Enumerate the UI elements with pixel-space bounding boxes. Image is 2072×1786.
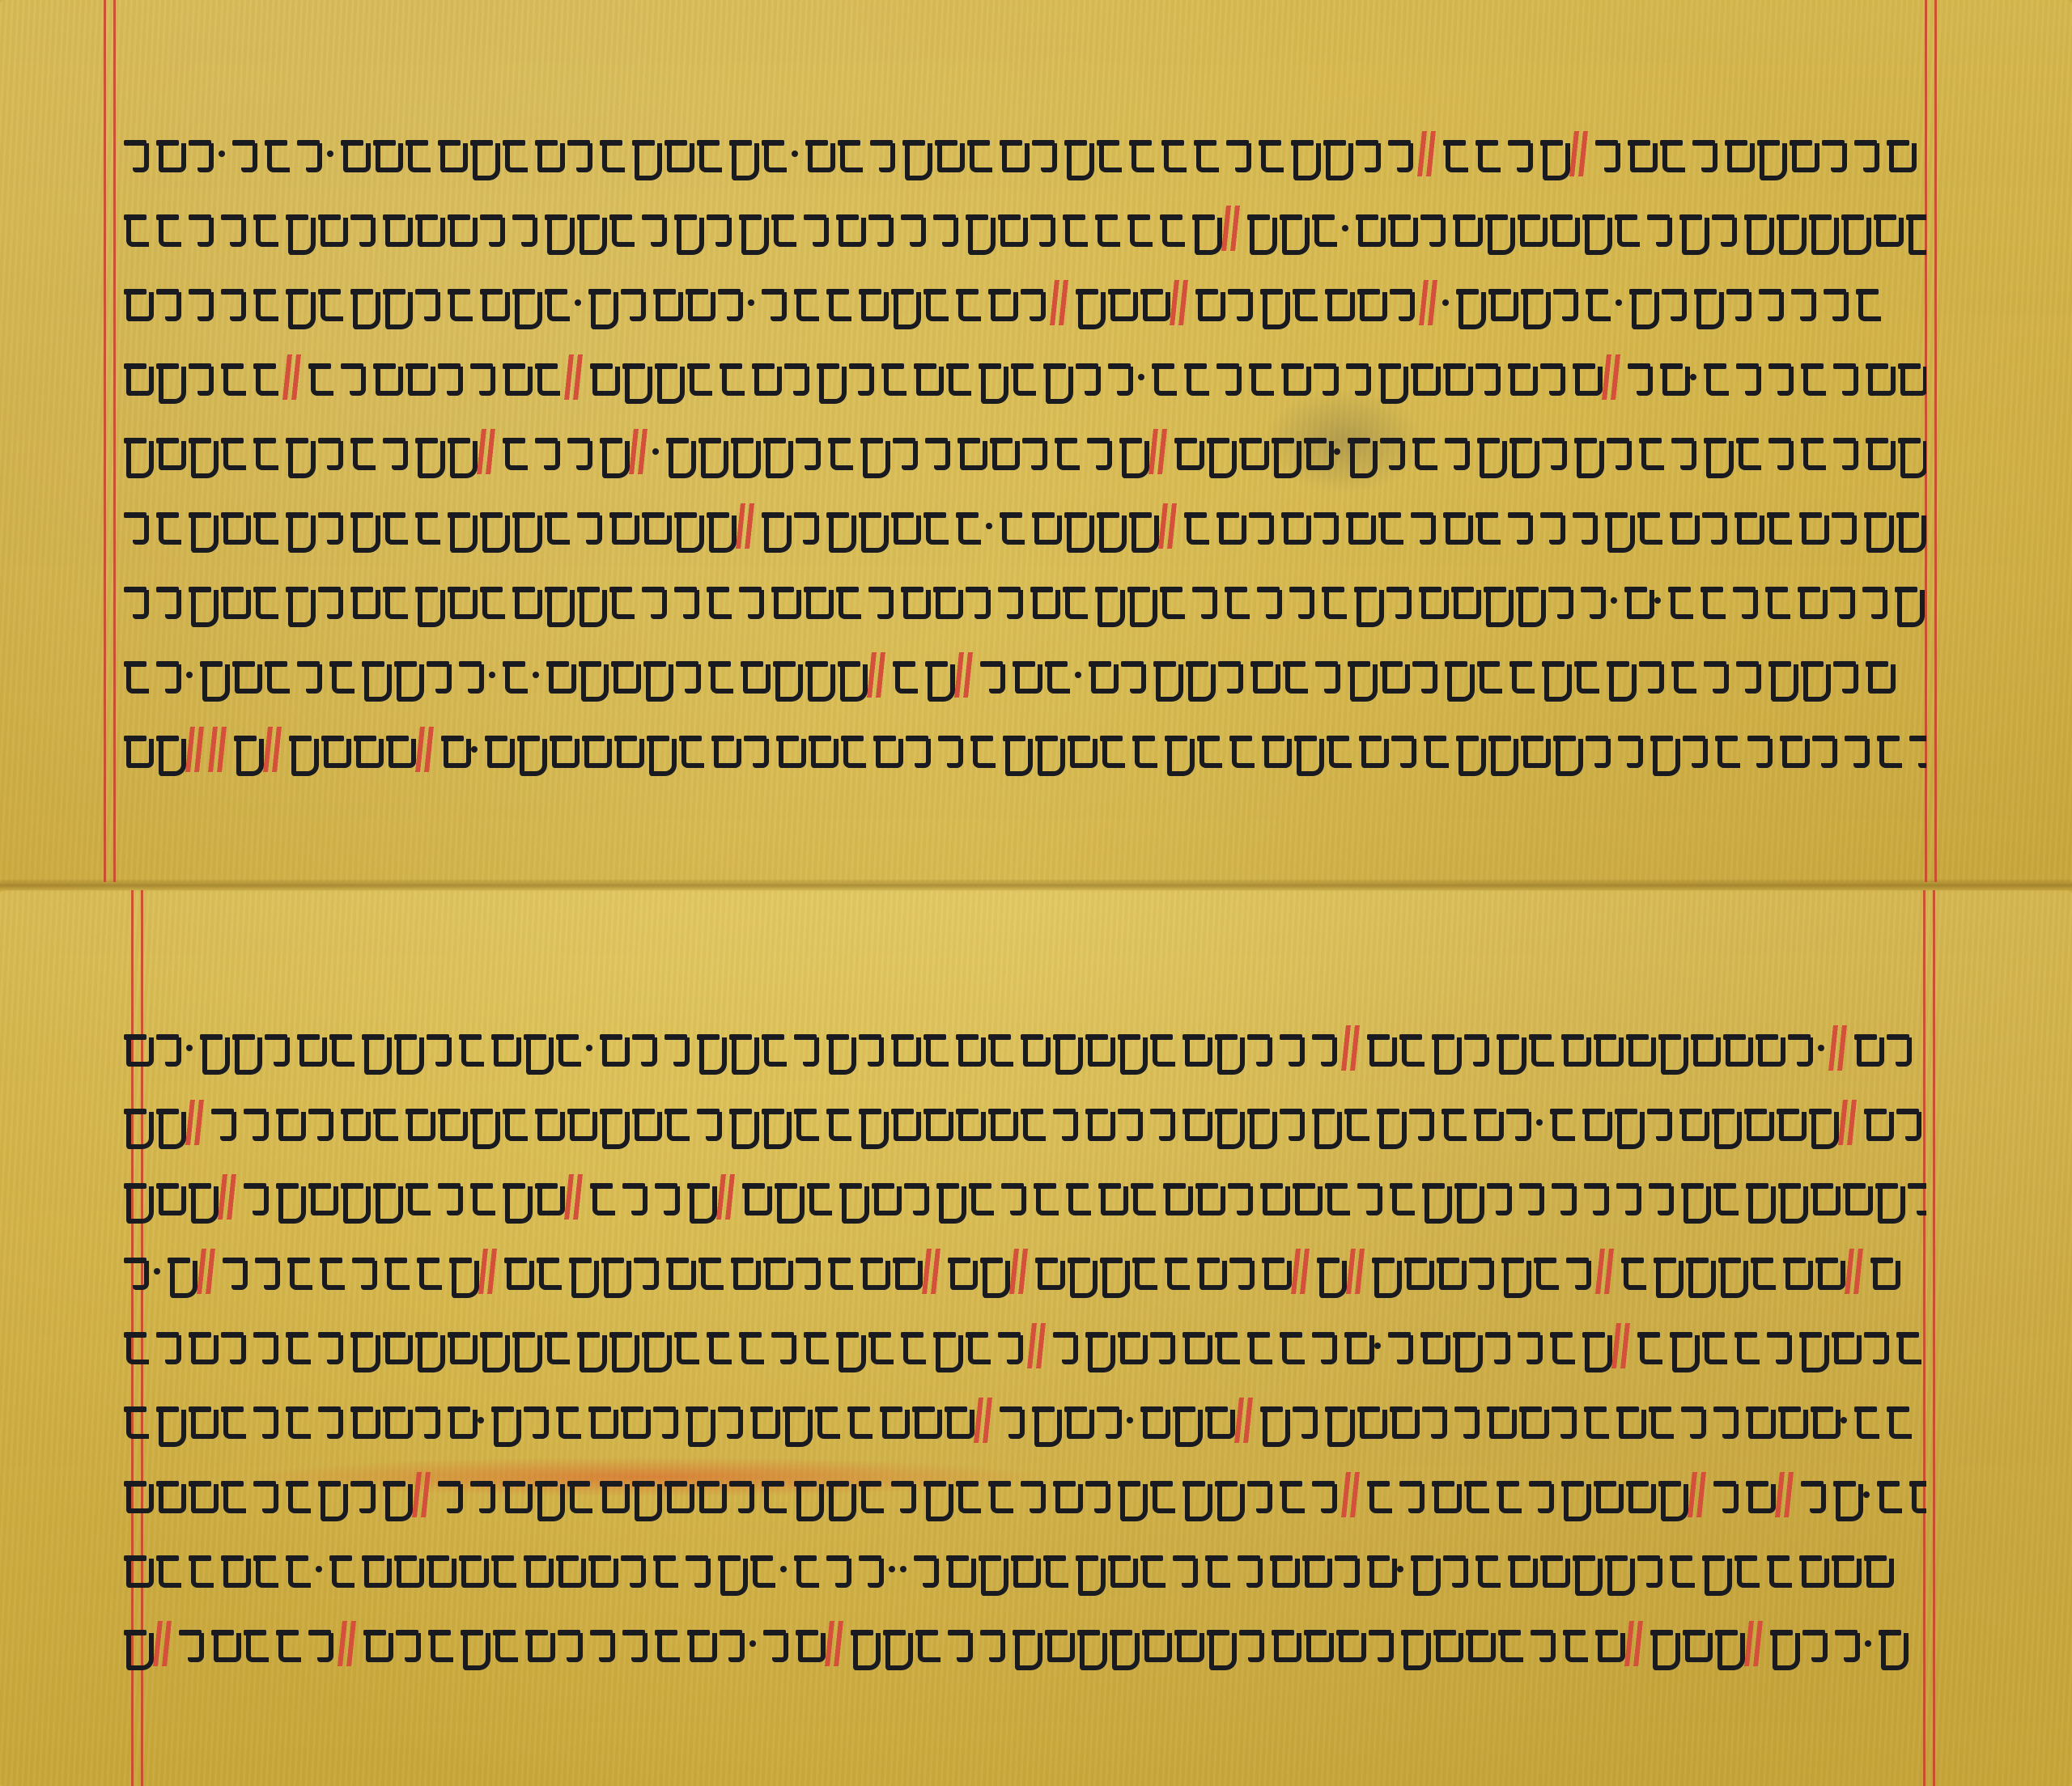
- script-glyph: [597, 1029, 625, 1067]
- script-glyph: [996, 582, 1023, 619]
- script-glyph: [1064, 1178, 1091, 1215]
- script-glyph: [792, 1551, 819, 1588]
- script-glyph: [1310, 1104, 1337, 1141]
- script-glyph: [672, 1327, 699, 1364]
- script-glyph: [1402, 1253, 1429, 1290]
- script-glyph: [1658, 358, 1685, 396]
- script-glyph: [445, 507, 473, 545]
- script-glyph: [1507, 656, 1535, 694]
- script-glyph: [1810, 731, 1837, 768]
- script-glyph: [889, 1104, 916, 1141]
- script-glyph: [607, 582, 635, 619]
- script-glyph: [555, 1625, 583, 1662]
- script-glyph: [696, 1253, 724, 1290]
- script-glyph: [1528, 1625, 1556, 1662]
- script-glyph: [1481, 582, 1509, 619]
- script-glyph: [1256, 135, 1284, 172]
- script-glyph: [824, 1029, 851, 1067]
- script-glyph: [348, 1402, 376, 1439]
- script-glyph: [338, 135, 366, 172]
- script-glyph: [1399, 1625, 1426, 1662]
- script-glyph: [413, 284, 440, 321]
- text-block-top: [121, 121, 1926, 791]
- script-glyph: [1698, 582, 1726, 619]
- script-glyph: [1593, 135, 1620, 172]
- script-glyph: [121, 284, 149, 321]
- script-glyph: [1593, 1625, 1620, 1662]
- script-glyph: [1227, 1253, 1255, 1290]
- script-glyph: [1454, 731, 1481, 768]
- script-glyph: [251, 582, 278, 619]
- dot-mark: [1611, 597, 1617, 604]
- script-glyph: [1839, 210, 1866, 247]
- script-glyph: [121, 1551, 149, 1588]
- script-glyph: [262, 656, 290, 694]
- script-glyph: [542, 507, 570, 545]
- script-glyph: [694, 1476, 722, 1513]
- script-glyph: [489, 1551, 516, 1588]
- script-glyph: [953, 507, 981, 545]
- script-glyph: [241, 1104, 269, 1141]
- script-glyph: [1062, 135, 1089, 172]
- script-glyph: [1763, 582, 1790, 619]
- script-glyph: [154, 656, 181, 694]
- script-glyph: [1776, 1178, 1803, 1215]
- script-glyph: [890, 1253, 918, 1290]
- script-glyph: [435, 1178, 463, 1215]
- script-glyph: [923, 656, 950, 694]
- double-danda-mark: [206, 727, 229, 772]
- script-glyph: [554, 1551, 581, 1588]
- script-glyph: [121, 582, 149, 619]
- script-glyph: [283, 1402, 311, 1439]
- script-glyph: [1734, 433, 1761, 470]
- script-glyph: [1862, 1104, 1889, 1141]
- dot-mark: [749, 1640, 756, 1647]
- script-glyph: [1637, 433, 1664, 470]
- script-glyph: [1148, 1029, 1175, 1067]
- script-glyph: [274, 1178, 301, 1215]
- script-glyph: [1214, 358, 1242, 396]
- script-glyph: [424, 1551, 452, 1588]
- script-glyph: [890, 433, 918, 470]
- script-glyph: [575, 582, 602, 619]
- script-glyph: [197, 656, 225, 694]
- script-glyph: [1853, 284, 1881, 321]
- manuscript-line: [121, 1239, 1926, 1304]
- script-glyph: [1434, 1253, 1462, 1290]
- script-glyph: [1787, 135, 1815, 172]
- script-glyph: [1389, 731, 1416, 768]
- script-glyph: [1161, 1178, 1188, 1215]
- script-glyph: [1875, 731, 1902, 768]
- script-glyph: [1345, 656, 1373, 694]
- script-glyph: [1776, 1402, 1803, 1439]
- double-danda-mark: [1008, 1249, 1030, 1294]
- script-glyph: [759, 284, 787, 321]
- script-glyph: [1462, 1029, 1489, 1067]
- script-glyph: [672, 210, 699, 247]
- script-glyph: [651, 284, 678, 321]
- script-glyph: [662, 1104, 690, 1141]
- script-glyph: [1625, 135, 1653, 172]
- script-glyph: [772, 1178, 800, 1215]
- script-glyph: [403, 1178, 431, 1215]
- script-glyph: [186, 358, 214, 396]
- script-glyph: [1031, 1178, 1059, 1215]
- script-glyph: [274, 1104, 301, 1141]
- script-glyph: [715, 1551, 743, 1588]
- script-glyph: [717, 358, 745, 396]
- double-danda-mark: [477, 1249, 499, 1294]
- script-glyph: [759, 507, 787, 545]
- dot-mark: [986, 523, 992, 529]
- script-glyph: [1279, 507, 1306, 545]
- script-glyph: [1073, 1551, 1101, 1588]
- script-glyph: [380, 507, 408, 545]
- script-glyph: [154, 582, 181, 619]
- script-glyph: [1580, 1104, 1607, 1141]
- script-glyph: [1473, 358, 1501, 396]
- script-glyph: [1083, 1327, 1110, 1364]
- script-glyph: [986, 1476, 1013, 1513]
- script-glyph: [900, 135, 928, 172]
- script-glyph: [1645, 210, 1672, 247]
- script-glyph: [963, 582, 991, 619]
- script-glyph: [521, 1551, 549, 1588]
- script-glyph: [1387, 284, 1415, 321]
- script-glyph: [1876, 1625, 1904, 1662]
- script-glyph: [1832, 1625, 1860, 1662]
- script-glyph: [1603, 507, 1630, 545]
- double-danda-mark: [1623, 1621, 1645, 1666]
- script-glyph: [1504, 1104, 1531, 1141]
- double-danda-mark: [1289, 1249, 1312, 1294]
- script-glyph: [1310, 1476, 1337, 1513]
- script-glyph: [154, 358, 181, 396]
- script-glyph: [283, 284, 311, 321]
- script-glyph: [316, 1327, 343, 1364]
- script-glyph: [599, 1253, 626, 1290]
- double-danda-mark: [1600, 354, 1623, 400]
- script-glyph: [869, 1178, 897, 1215]
- script-glyph: [1127, 135, 1154, 172]
- script-glyph: [759, 1104, 787, 1141]
- script-glyph: [230, 656, 257, 694]
- script-glyph: [348, 507, 376, 545]
- script-glyph: [445, 433, 473, 470]
- manuscript-line: [121, 1611, 1926, 1676]
- script-glyph: [414, 1253, 442, 1290]
- script-glyph: [644, 731, 672, 768]
- script-glyph: [1030, 1402, 1057, 1439]
- script-glyph: [1514, 582, 1541, 619]
- dot-mark: [1342, 225, 1348, 231]
- script-glyph: [1269, 433, 1297, 470]
- script-glyph: [1224, 135, 1251, 172]
- script-glyph: [1376, 358, 1403, 396]
- script-glyph: [176, 1625, 204, 1662]
- script-glyph: [890, 656, 918, 694]
- script-glyph: [631, 1253, 659, 1290]
- script-glyph: [1008, 1551, 1036, 1588]
- script-glyph: [482, 731, 510, 768]
- script-glyph: [576, 656, 604, 694]
- script-glyph: [847, 358, 874, 396]
- manuscript-line: [121, 568, 1926, 633]
- script-glyph: [1582, 1178, 1609, 1215]
- script-glyph: [1517, 1178, 1544, 1215]
- script-glyph: [1051, 1476, 1078, 1513]
- script-glyph: [1342, 1327, 1369, 1364]
- script-glyph: [704, 582, 732, 619]
- script-glyph: [542, 1327, 570, 1364]
- double-danda-mark: [1233, 1398, 1255, 1443]
- script-glyph: [1781, 1253, 1808, 1290]
- script-glyph: [1483, 210, 1510, 247]
- script-glyph: [1862, 1551, 1889, 1588]
- script-glyph: [154, 210, 181, 247]
- script-glyph: [1287, 582, 1314, 619]
- script-glyph: [1018, 1029, 1046, 1067]
- script-glyph: [1852, 135, 1879, 172]
- script-glyph: [575, 507, 602, 545]
- script-glyph: [1157, 582, 1185, 619]
- script-glyph: [696, 433, 724, 470]
- script-glyph: [1463, 1625, 1491, 1662]
- script-glyph: [898, 582, 926, 619]
- script-glyph: [1225, 284, 1253, 321]
- script-glyph: [534, 1253, 562, 1290]
- script-glyph: [1518, 731, 1546, 768]
- script-glyph: [921, 1476, 949, 1513]
- script-glyph: [1172, 433, 1199, 470]
- script-glyph: [1018, 284, 1046, 321]
- script-glyph: [966, 1178, 994, 1215]
- script-glyph: [521, 1029, 549, 1067]
- script-glyph: [588, 358, 615, 396]
- script-glyph: [456, 656, 484, 694]
- script-glyph: [283, 210, 311, 247]
- script-glyph: [793, 1625, 821, 1662]
- script-glyph: [1130, 731, 1157, 768]
- script-glyph: [1030, 507, 1057, 545]
- script-glyph: [910, 1402, 937, 1439]
- script-glyph: [1355, 284, 1382, 321]
- script-glyph: [801, 210, 829, 247]
- script-glyph: [219, 507, 246, 545]
- script-glyph: [1180, 1476, 1208, 1513]
- script-glyph: [1355, 1178, 1382, 1215]
- script-glyph: [426, 1625, 453, 1662]
- script-glyph: [1831, 433, 1858, 470]
- manuscript-line: [121, 419, 1926, 484]
- script-glyph: [1505, 1551, 1533, 1588]
- script-glyph: [803, 656, 830, 694]
- dot-mark: [186, 1045, 193, 1051]
- dot-mark: [1442, 299, 1449, 306]
- script-glyph: [1018, 1476, 1046, 1513]
- double-danda-mark: [972, 1398, 995, 1443]
- script-glyph: [380, 1327, 408, 1364]
- script-glyph: [1301, 433, 1329, 470]
- script-glyph: [1688, 1029, 1716, 1067]
- script-glyph: [554, 1402, 581, 1439]
- script-glyph: [997, 135, 1025, 172]
- script-glyph: [1538, 135, 1565, 172]
- script-glyph: [1353, 135, 1381, 172]
- script-glyph: [1484, 1402, 1512, 1439]
- script-glyph: [953, 1476, 981, 1513]
- script-glyph: [219, 210, 246, 247]
- script-glyph: [1246, 358, 1274, 396]
- script-glyph: [413, 507, 440, 545]
- script-glyph: [219, 582, 246, 619]
- script-glyph: [567, 1253, 594, 1290]
- script-glyph: [1342, 1104, 1369, 1141]
- script-glyph: [845, 1402, 873, 1439]
- script-glyph: [1106, 284, 1133, 321]
- script-glyph: [748, 1551, 775, 1588]
- script-glyph: [1212, 1327, 1240, 1364]
- script-glyph: [1583, 284, 1611, 321]
- script-glyph: [1884, 1029, 1912, 1067]
- script-glyph: [295, 1029, 322, 1067]
- script-glyph: [1473, 507, 1501, 545]
- script-glyph: [439, 731, 466, 768]
- script-glyph: [727, 1029, 754, 1067]
- double-danda-mark: [953, 652, 975, 698]
- script-glyph: [456, 1551, 484, 1588]
- script-glyph: [1680, 1625, 1708, 1662]
- script-glyph: [121, 210, 149, 247]
- script-glyph: [1420, 1178, 1447, 1215]
- script-glyph: [792, 1476, 819, 1513]
- script-glyph: [319, 731, 346, 768]
- double-danda-mark: [1417, 280, 1440, 325]
- script-glyph: [1366, 1625, 1394, 1662]
- script-glyph: [1467, 1253, 1494, 1290]
- dot-mark: [478, 1417, 484, 1423]
- script-glyph: [317, 1253, 345, 1290]
- script-glyph: [1797, 1551, 1824, 1588]
- dot-mark: [1818, 1045, 1824, 1051]
- script-glyph: [976, 358, 1004, 396]
- script-glyph: [620, 358, 647, 396]
- script-glyph: [424, 656, 452, 694]
- script-glyph: [154, 1551, 181, 1588]
- script-glyph: [1130, 1253, 1157, 1290]
- script-glyph: [392, 656, 419, 694]
- script-glyph: [965, 135, 992, 172]
- script-glyph: [1798, 358, 1826, 396]
- script-glyph: [1313, 656, 1340, 694]
- script-glyph: [1531, 1253, 1559, 1290]
- script-glyph: [1387, 1178, 1415, 1215]
- script-glyph: [1842, 731, 1870, 768]
- script-glyph: [1441, 135, 1468, 172]
- script-glyph: [306, 1104, 333, 1141]
- script-glyph: [1418, 210, 1446, 247]
- script-glyph: [727, 1476, 754, 1513]
- script-glyph: [1193, 284, 1221, 321]
- script-glyph: [898, 1327, 926, 1364]
- script-glyph: [652, 358, 680, 396]
- script-glyph: [154, 284, 181, 321]
- script-glyph: [1441, 1551, 1468, 1588]
- double-danda-mark: [1743, 1621, 1765, 1666]
- script-glyph: [813, 1402, 840, 1439]
- double-danda-mark: [281, 354, 304, 400]
- script-glyph: [510, 284, 537, 321]
- script-glyph: [1637, 656, 1664, 694]
- script-glyph: [262, 1029, 290, 1067]
- script-glyph: [740, 1178, 767, 1215]
- script-glyph: [1656, 1476, 1683, 1513]
- script-glyph: [533, 1476, 560, 1513]
- script-glyph: [1157, 210, 1185, 247]
- script-glyph: [792, 284, 819, 321]
- script-glyph: [1439, 1104, 1467, 1141]
- script-glyph: [597, 1104, 625, 1141]
- script-glyph: [834, 582, 861, 619]
- script-glyph: [1117, 433, 1144, 470]
- script-glyph: [803, 135, 830, 172]
- dot-mark: [327, 151, 333, 157]
- script-glyph: [478, 284, 505, 321]
- script-glyph: [1115, 1476, 1143, 1513]
- script-glyph: [1831, 358, 1858, 396]
- script-glyph: [348, 210, 376, 247]
- left-margin-rule: [104, 0, 106, 882]
- double-danda-mark: [865, 652, 888, 698]
- script-glyph: [704, 1327, 732, 1364]
- script-glyph: [283, 507, 311, 545]
- script-glyph: [121, 135, 149, 172]
- script-glyph: [316, 210, 343, 247]
- script-glyph: [262, 135, 290, 172]
- manuscript-sheet: [0, 0, 2072, 1786]
- script-glyph: [1319, 582, 1347, 619]
- manuscript-line: [121, 643, 1926, 707]
- script-glyph: [1904, 210, 1926, 247]
- manuscript-line: [121, 1462, 1926, 1527]
- script-glyph: [445, 210, 473, 247]
- script-glyph: [1083, 1476, 1110, 1513]
- script-glyph: [1193, 1178, 1221, 1215]
- script-glyph: [1622, 582, 1650, 619]
- script-glyph: [1483, 1327, 1510, 1364]
- script-glyph: [1125, 582, 1153, 619]
- script-glyph: [1677, 1104, 1705, 1141]
- script-glyph: [1214, 507, 1242, 545]
- script-glyph: [694, 1029, 722, 1067]
- script-glyph: [547, 731, 575, 768]
- script-glyph: [1028, 582, 1055, 619]
- script-glyph: [1764, 1327, 1792, 1364]
- script-glyph: [1183, 656, 1211, 694]
- script-glyph: [1658, 135, 1685, 172]
- script-glyph: [1190, 582, 1217, 619]
- script-glyph: [620, 1178, 647, 1215]
- script-glyph: [612, 731, 639, 768]
- script-glyph: [500, 433, 528, 470]
- dot-mark: [748, 299, 754, 306]
- script-glyph: [121, 1625, 149, 1662]
- script-glyph: [380, 433, 408, 470]
- script-glyph: [1290, 1402, 1318, 1439]
- script-glyph: [359, 656, 387, 694]
